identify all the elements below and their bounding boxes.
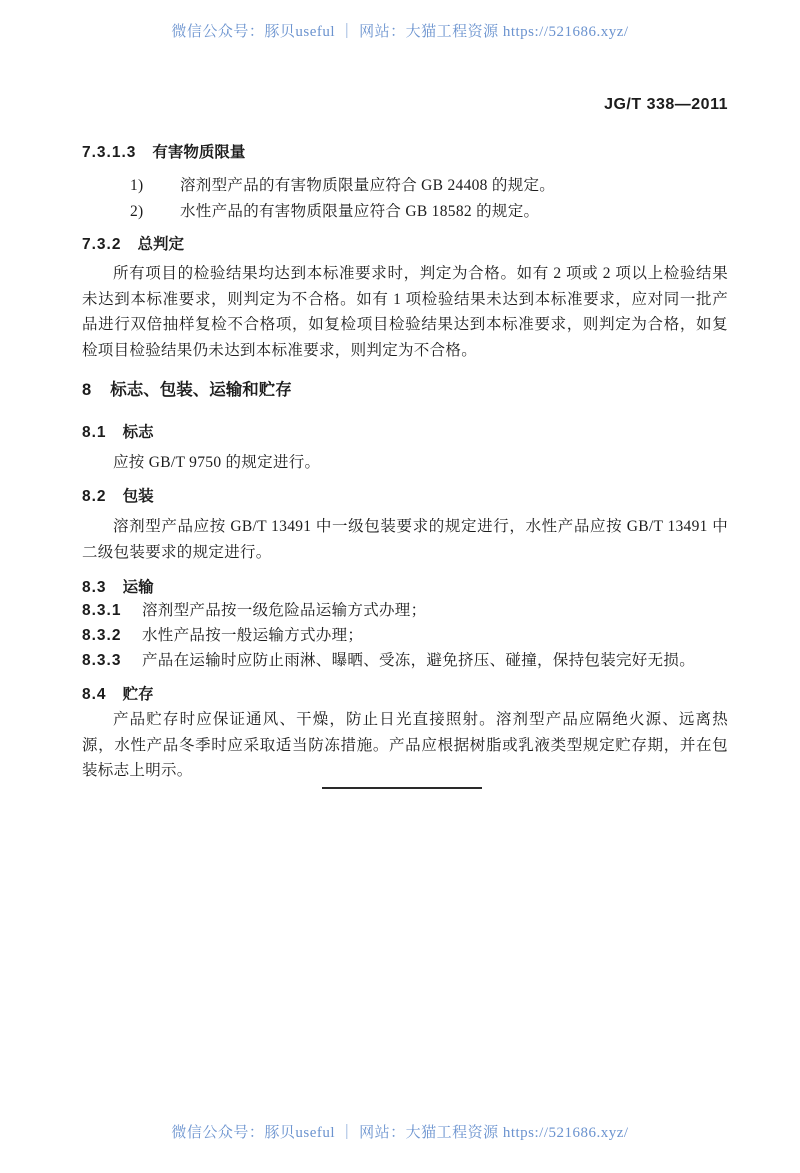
- list-item-2-text: 水性产品的有害物质限量应符合 GB 18582 的规定。: [180, 203, 539, 220]
- doc-number-header: JG/T 338—2011: [82, 96, 728, 114]
- paragraph-732: 所有项目的检验结果均达到本标准要求时，判定为合格。如有 2 项或 2 项以上检验…: [82, 261, 728, 363]
- list-item-1: 1)溶剂型产品的有害物质限量应符合 GB 24408 的规定。: [82, 175, 742, 197]
- heading-82-title: 包装: [123, 488, 154, 505]
- end-of-document-rule: [322, 787, 482, 789]
- heading-84-number: 8.4: [82, 686, 107, 703]
- list-item-2-number: 2): [130, 201, 180, 223]
- watermark-bottom: 微信公众号：豚贝useful ｜ 网站：大猫工程资源 https://52168…: [0, 1121, 800, 1142]
- paragraph-84: 产品贮存时应保证通风、干燥，防止日光直接照射。溶剂型产品应隔绝火源、远离热源，水…: [82, 707, 728, 784]
- clause-832-number: 8.3.2: [82, 625, 142, 647]
- list-item-1-number: 1): [130, 175, 180, 197]
- clause-832-text: 水性产品按一般运输方式办理；: [142, 627, 363, 644]
- list-item-2: 2)水性产品的有害物质限量应符合 GB 18582 的规定。: [82, 201, 742, 223]
- heading-82-number: 8.2: [82, 488, 107, 505]
- heading-81-number: 8.1: [82, 424, 107, 441]
- heading-8: 8标志、包装、运输和贮存: [82, 376, 742, 400]
- clause-831-text: 溶剂型产品按一级危险品运输方式办理；: [142, 602, 426, 619]
- heading-81-title: 标志: [123, 424, 154, 441]
- watermark-top: 微信公众号：豚贝useful ｜ 网站：大猫工程资源 https://52168…: [0, 20, 800, 41]
- heading-732-number: 7.3.2: [82, 236, 121, 253]
- heading-81: 8.1标志: [82, 420, 742, 442]
- heading-84-title: 贮存: [123, 686, 154, 703]
- clause-832: 8.3.2水性产品按一般运输方式办理；: [82, 625, 742, 647]
- heading-7313-title: 有害物质限量: [152, 144, 245, 161]
- heading-83-number: 8.3: [82, 579, 107, 596]
- heading-7313: 7.3.1.3有害物质限量: [82, 140, 742, 162]
- clause-833: 8.3.3产品在运输时应防止雨淋、曝晒、受冻，避免挤压、碰撞，保持包装完好无损。: [82, 650, 742, 672]
- heading-8-number: 8: [82, 381, 92, 399]
- clause-831-number: 8.3.1: [82, 600, 142, 622]
- paragraph-81: 应按 GB/T 9750 的规定进行。: [82, 452, 728, 474]
- clause-833-number: 8.3.3: [82, 650, 142, 672]
- heading-84: 8.4贮存: [82, 682, 742, 704]
- clause-831: 8.3.1溶剂型产品按一级危险品运输方式办理；: [82, 600, 742, 622]
- document-page: 微信公众号：豚贝useful ｜ 网站：大猫工程资源 https://52168…: [0, 0, 800, 1173]
- heading-82: 8.2包装: [82, 484, 742, 506]
- clause-833-text: 产品在运输时应防止雨淋、曝晒、受冻，避免挤压、碰撞，保持包装完好无损。: [142, 652, 695, 669]
- heading-7313-number: 7.3.1.3: [82, 144, 136, 161]
- paragraph-82: 溶剂型产品应按 GB/T 13491 中一级包装要求的规定进行，水性产品应按 G…: [82, 514, 728, 565]
- list-item-1-text: 溶剂型产品的有害物质限量应符合 GB 24408 的规定。: [180, 177, 555, 194]
- heading-8-title: 标志、包装、运输和贮存: [110, 381, 292, 399]
- heading-732: 7.3.2总判定: [82, 232, 742, 254]
- heading-83: 8.3运输: [82, 575, 742, 597]
- heading-732-title: 总判定: [137, 236, 184, 253]
- heading-83-title: 运输: [123, 579, 154, 596]
